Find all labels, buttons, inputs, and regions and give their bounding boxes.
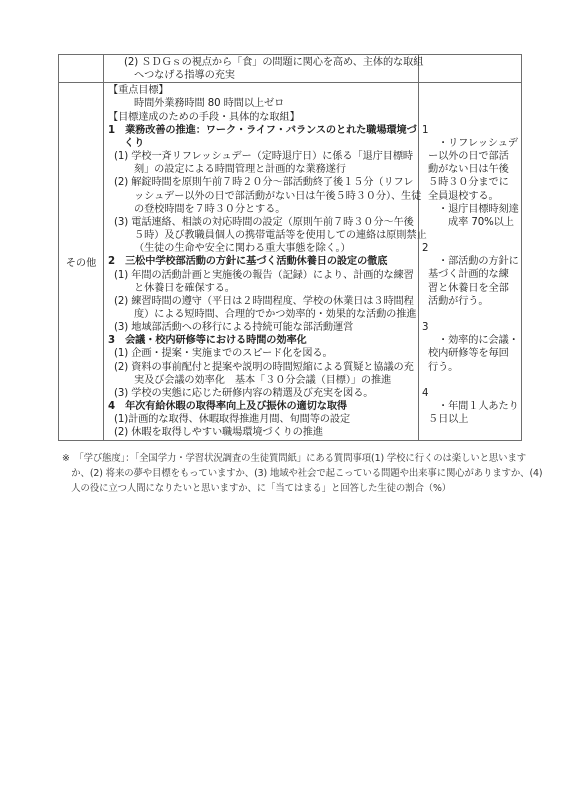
item-title: 4 年次有給休暇の取得率向上及び振休の適切な取得 <box>108 400 418 413</box>
indicator-line: 全員退校する。 <box>422 190 521 203</box>
sub-item: と休養日を確保する。 <box>108 282 418 295</box>
sub-item: (2) 資料の事前配付と提案や説明の時間短縮による質疑と協議の充 <box>108 361 418 374</box>
indicator-line: ー以外の日で部活 <box>422 150 521 163</box>
sub-item: (2) 解錠時間を原則午前７時２０分～部活動終了後１５分（リフレ <box>108 176 418 189</box>
category-cell-other: その他 <box>59 83 104 440</box>
indicator-line: ・退庁目標時刻達 <box>422 203 521 216</box>
sub-item: (3) 地域部活動への移行による持続可能な部活動運営 <box>108 321 418 334</box>
sub-item: の登校時間を７時３０分とする。 <box>108 203 418 216</box>
text-line: へつなげる指導の充実 <box>108 69 418 82</box>
priority-goal: 時間外業務時間 80 時間以上ゼロ <box>108 97 418 110</box>
table-row-other: その他 【重点目標】 時間外業務時間 80 時間以上ゼロ 【目標達成のための手段… <box>59 83 522 440</box>
item-title: 1 業務改善の推進：ワーク・ライフ・バランスのとれた職場環境づ <box>108 124 418 137</box>
item-title: 2 三松中学校部活動の方針に基づく活動休養日の設定の徹底 <box>108 255 418 268</box>
indicator-line: ５時３０分までに <box>422 176 521 189</box>
indicator-line: 成率 70%以上 <box>422 216 521 229</box>
category-cell <box>59 55 104 83</box>
sub-item: 刻」の設定による時間管理と計画的な業務遂行 <box>108 163 418 176</box>
sub-item: (3) 電話連絡、相談の対応時間の設定（原則午前７時３０分～午後 <box>108 216 418 229</box>
item-title: くり <box>108 137 418 150</box>
indicator-line: 行う。 <box>422 361 521 374</box>
indicator-number: 3 <box>422 321 521 334</box>
content-cell: 【重点目標】 時間外業務時間 80 時間以上ゼロ 【目標達成のための手段・具体的… <box>104 83 419 440</box>
indicator-line: ・効率的に会議・ <box>422 334 521 347</box>
indicator-line: 基づく計画的な練 <box>422 268 521 281</box>
footnote-line: か、(2) 将来の夢や目標をもっていますか、(3) 地域や社会で起こっている問題… <box>62 466 522 481</box>
indicator-line: ５日以上 <box>422 413 521 426</box>
indicator-cell: 1 ・リフレッシュデ ー以外の日で部活 動がない日は午後 ５時３０分までに 全員… <box>419 83 522 440</box>
indicator-line: 習と休養日を全部 <box>422 282 521 295</box>
sub-item: (1)計画的な取得、休暇取得推進月間、旬間等の設定 <box>108 413 418 426</box>
priority-heading: 【重点目標】 <box>108 84 418 97</box>
sub-item: 度）による短時間、合理的でかつ効率的・効果的な活動の推進 <box>108 308 418 321</box>
indicator-line: 動がない日は午後 <box>422 163 521 176</box>
content-cell: (2) ＳＤＧｓの視点から「食」の問題に関心を高め、主体的な取組 へつなげる指導… <box>104 55 419 83</box>
sub-item: (2) 休暇を取得しやすい職場環境づくりの推進 <box>108 426 418 439</box>
indicator-line: 校内研修等を毎回 <box>422 347 521 360</box>
sub-item: (3) 学校の実態に応じた研修内容の精選及び充実を図る。 <box>108 387 418 400</box>
means-heading: 【目標達成のための手段・具体的な取組】 <box>108 111 418 124</box>
sub-item: (1) 年間の活動計画と実施後の報告（記録）により、計画的な練習 <box>108 269 418 282</box>
indicator-number: 1 <box>422 124 521 137</box>
footnote: ※ 「学び態度」：「全国学力・学習状況調査の生徒質問紙」にある質問事項(1) 学… <box>62 451 522 496</box>
sub-item: ッシュデー以外の日で部活動がない日は午後５時３０分）、生徒 <box>108 190 418 203</box>
sub-item: (1) 企画・提案・実施までのスピード化を図る。 <box>108 347 418 360</box>
indicator-line: 活動が行う。 <box>422 295 521 308</box>
sub-item: 実及び会議の効率化 基本「３０分会議（目標）」の推進 <box>108 374 418 387</box>
footnote-line: 人の役に立つ人間になりたいと思いますか、に「当てはまる」と回答した生徒の割合（%… <box>62 481 522 496</box>
indicator-number: 2 <box>422 242 521 255</box>
indicator-number: 4 <box>422 387 521 400</box>
indicator-line: ・部活動の方針に <box>422 255 521 268</box>
indicator-line: ・年間１人あたり <box>422 400 521 413</box>
plan-table: (2) ＳＤＧｓの視点から「食」の問題に関心を高め、主体的な取組 へつなげる指導… <box>58 54 522 441</box>
sub-item: (2) 練習時間の遵守（平日は２時間程度、学校の休業日は３時間程 <box>108 295 418 308</box>
sub-item: （生徒の生命や安全に関わる重大事態を除く。） <box>108 242 418 255</box>
sub-item: (1) 学校一斉リフレッシュデー（定時退庁日）に係る「退庁目標時 <box>108 150 418 163</box>
document-page: (2) ＳＤＧｓの視点から「食」の問題に関心を高め、主体的な取組 へつなげる指導… <box>0 0 566 800</box>
sub-item: ５時）及び教職員個人の携帯電話等を使用しての連絡は原則禁止 <box>108 229 418 242</box>
item-title: 3 会議・校内研修等における時間の効率化 <box>108 334 418 347</box>
indicator-cell <box>419 55 522 83</box>
footnote-line: ※ 「学び態度」：「全国学力・学習状況調査の生徒質問紙」にある質問事項(1) 学… <box>62 451 522 466</box>
indicator-line: ・リフレッシュデ <box>422 137 521 150</box>
text-line: (2) ＳＤＧｓの視点から「食」の問題に関心を高め、主体的な取組 <box>108 56 418 69</box>
table-row-prev: (2) ＳＤＧｓの視点から「食」の問題に関心を高め、主体的な取組 へつなげる指導… <box>59 55 522 83</box>
